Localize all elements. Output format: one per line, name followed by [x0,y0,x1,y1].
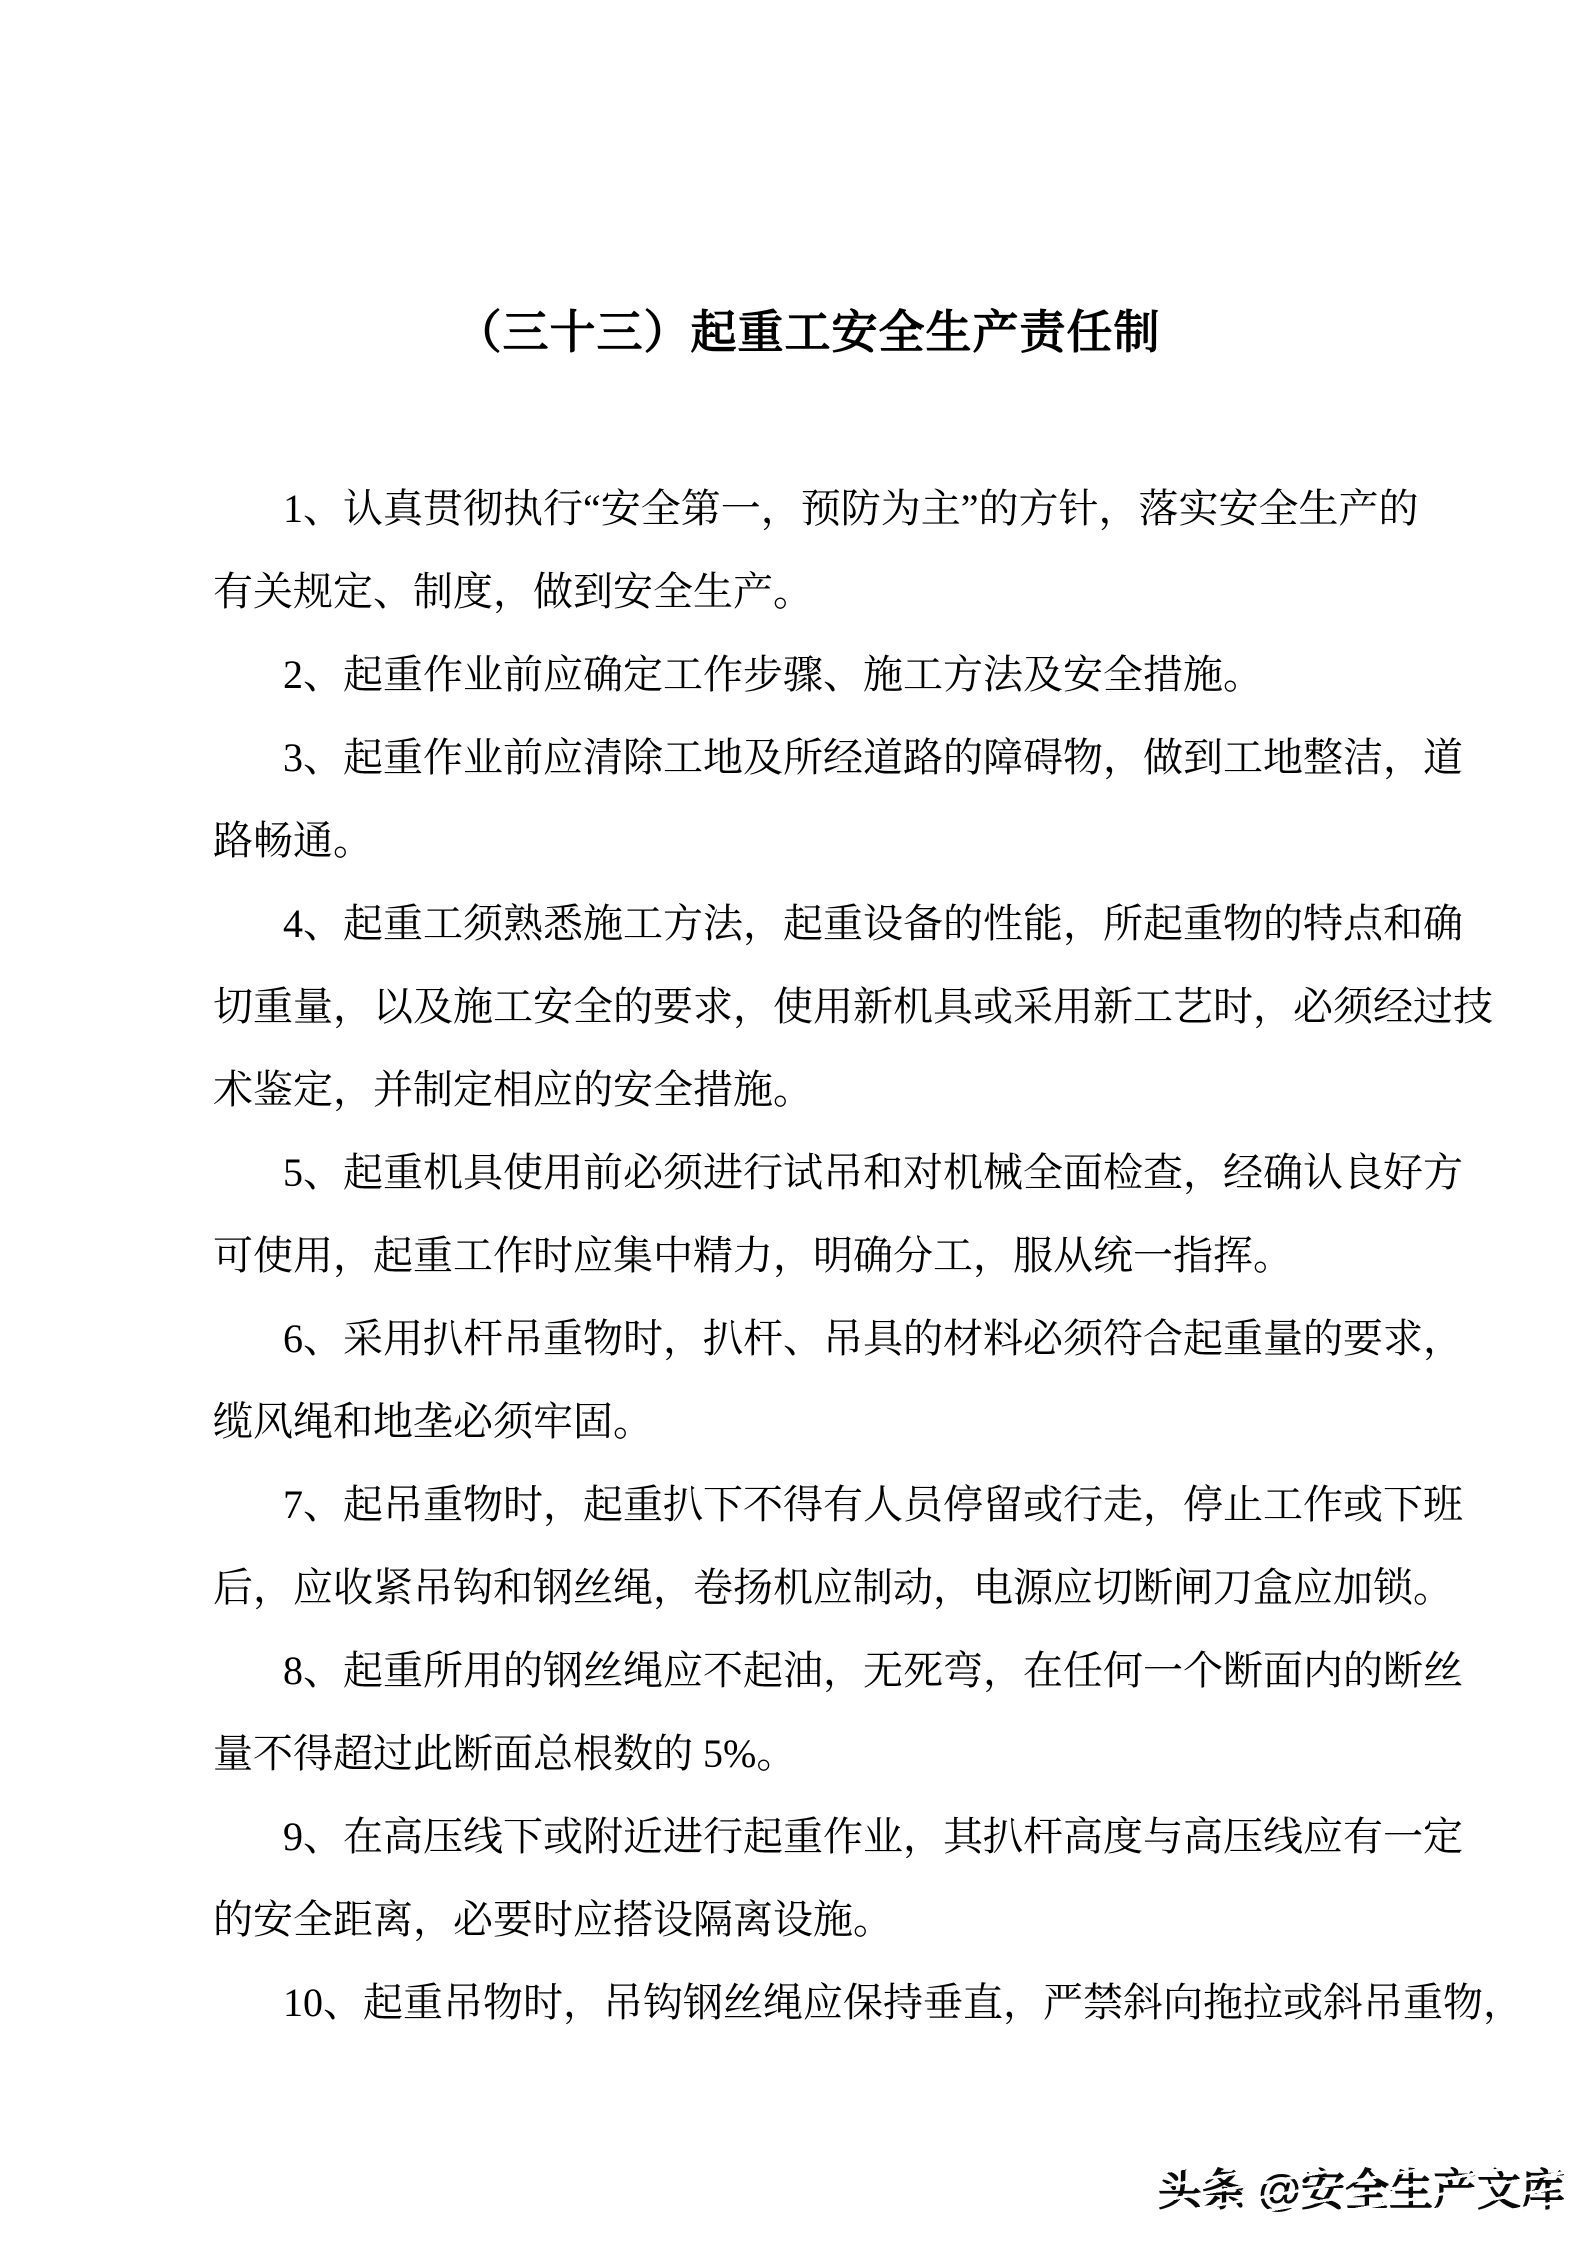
paragraph-8-line-1: 8、起重所用的钢丝绳应不起油，无死弯，在任何一个断面内的断丝 [213,1629,1403,1712]
paragraph-9-line-1: 9、在高压线下或附近进行起重作业，其扒杆高度与高压线应有一定 [213,1795,1403,1878]
paragraph-1-line-1: 1、认真贯彻执行“安全第一，预防为主”的方针，落实安全生产的 [213,467,1403,550]
paragraph-9-line-2: 的安全距离，必要时应搭设隔离设施。 [213,1878,1403,1961]
paragraph-3-line-1: 3、起重作业前应清除工地及所经道路的障碍物，做到工地整洁，道 [213,716,1403,799]
paragraph-3-line-2: 路畅通。 [213,799,1403,882]
paragraph-7-line-1: 7、起吊重物时，起重扒下不得有人员停留或行走，停止工作或下班 [213,1463,1403,1546]
paragraph-4-line-3: 术鉴定，并制定相应的安全措施。 [213,1048,1403,1131]
paragraph-4-line-2: 切重量，以及施工安全的要求，使用新机具或采用新工艺时，必须经过技 [213,965,1403,1048]
paragraph-5-line-1: 5、起重机具使用前必须进行试吊和对机械全面检查，经确认良好方 [213,1131,1403,1214]
paragraph-6-line-1: 6、采用扒杆吊重物时，扒杆、吊具的材料必须符合起重量的要求， [213,1297,1403,1380]
paragraph-2-line-1: 2、起重作业前应确定工作步骤、施工方法及安全措施。 [213,633,1403,716]
paragraph-5-line-2: 可使用，起重工作时应集中精力，明确分工，服从统一指挥。 [213,1214,1403,1297]
watermark: 头条 @安全生产文库 [1158,2165,1565,2217]
document-body: 1、认真贯彻执行“安全第一，预防为主”的方针，落实安全生产的有关规定、制度，做到… [213,467,1403,2044]
paragraph-7-line-2: 后，应收紧吊钩和钢丝绳，卷扬机应制动，电源应切断闸刀盒应加锁。 [213,1546,1403,1629]
paragraph-1-line-2: 有关规定、制度，做到安全生产。 [213,550,1403,633]
paragraph-4-line-1: 4、起重工须熟悉施工方法，起重设备的性能，所起重物的特点和确 [213,882,1403,965]
paragraph-10-line-1: 10、起重吊物时，吊钩钢丝绳应保持垂直，严禁斜向拖拉或斜吊重物， [213,1961,1403,2044]
document-page: （三十三）起重工安全生产责任制 1、认真贯彻执行“安全第一，预防为主”的方针，落… [0,0,1587,2245]
paragraph-8-line-2: 量不得超过此断面总根数的 5%。 [213,1712,1403,1795]
paragraph-6-line-2: 缆风绳和地垄必须牢固。 [213,1380,1403,1463]
document-title: （三十三）起重工安全生产责任制 [213,302,1403,362]
watermark-text: 头条 @安全生产文库 [1158,2166,1565,2215]
